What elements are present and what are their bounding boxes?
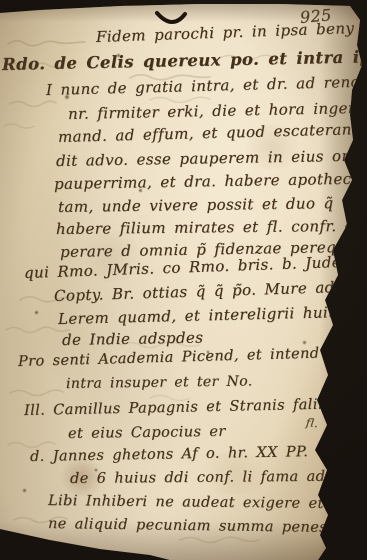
manuscript-photo: 925 Fidem parochi pr. in ipsa beny peren… — [0, 0, 367, 560]
paper-vignette — [0, 0, 367, 560]
